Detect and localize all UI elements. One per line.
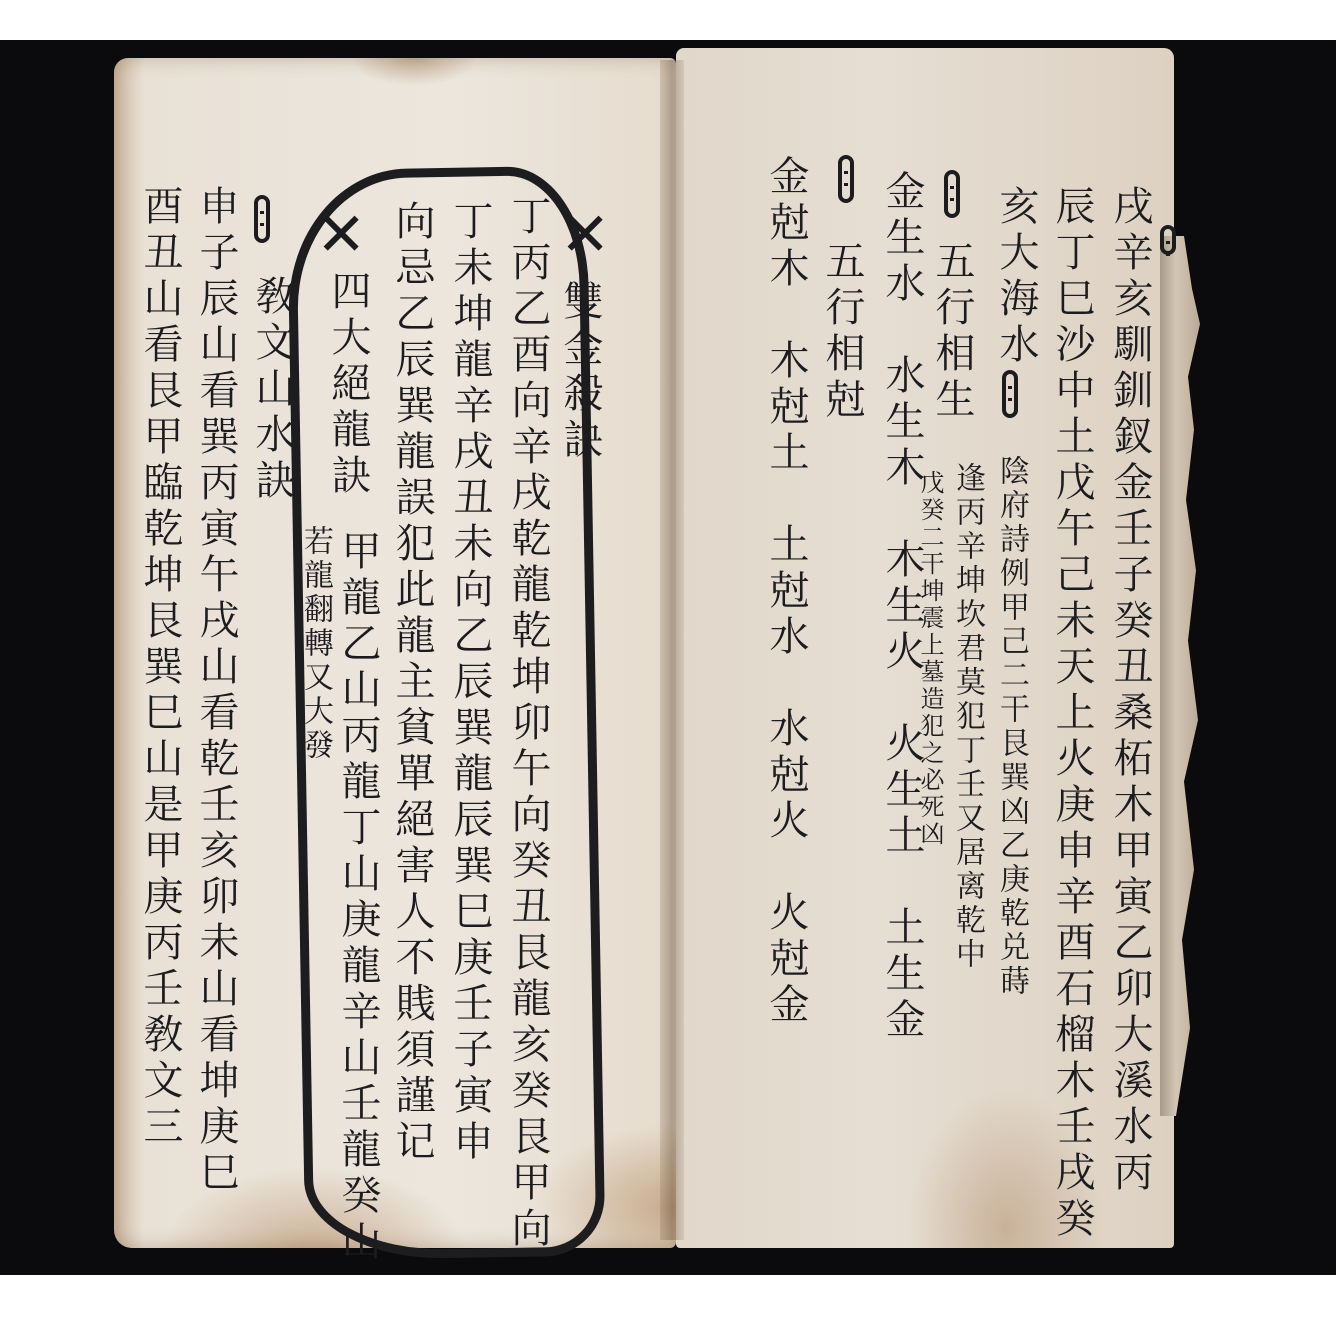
list-item: 土生金 (879, 906, 925, 1044)
text-column: 丁丙乙酉向辛戌乾龍乾坤卯午向癸丑艮龍亥癸艮甲向 (508, 195, 548, 1253)
book-gutter (660, 60, 684, 1240)
list-item: 水生木 (879, 354, 925, 492)
text-column: 辰丁巳沙中土戊午己未天上火庚申辛酉石榴木壬戌癸 (1052, 185, 1092, 1243)
list-item: 火生土 (879, 722, 925, 860)
list-item: 金尅木 (763, 155, 809, 293)
list-item: 金生水 (879, 170, 925, 308)
text-column: 逢丙辛坤坎君莫犯丁壬又居离乾中 (952, 462, 982, 972)
heading-sida-juelong: 四大絕龍訣 (328, 270, 368, 500)
text-column: 向忌乙辰巽龍誤犯此龍主貧單絕害人不賎須謹记 (392, 200, 432, 1166)
text-column: 陰府詩例甲己二干艮巽凶乙庚乾兑蒔 (996, 455, 1026, 999)
text-column: 申子辰山看巽丙寅午戌山看乾壬亥卯未山看坤庚巳 (196, 185, 236, 1197)
section-marker-icon (1002, 370, 1018, 418)
section-marker-icon (1160, 225, 1176, 255)
list-item: 木生火 (879, 538, 925, 676)
text-column: 若龍翻轉又大發 (300, 525, 330, 763)
list-item: 火尅金 (763, 891, 809, 1029)
heading-shuangjin-sha: 雙金殺訣 (560, 280, 600, 464)
list-item: 水尅火 (763, 707, 809, 845)
generate-list: 金生水 水生木 木生火 火生土 土生金 (882, 170, 922, 1044)
heading-wuxing-xiangsheng: 五行相生 (932, 240, 972, 424)
text-column: 丁未坤龍辛戌丑未向乙辰巽龍辰巽巳庚壬子寅申 (450, 200, 490, 1166)
overcome-list: 金尅木 木尅土 土尅水 水尅火 火尅金 (766, 155, 806, 1029)
section-marker-icon (254, 195, 270, 243)
heading-jiaowen-shanshui: 敎文山水訣 (252, 275, 292, 505)
cross-mark-icon: ✕ (316, 205, 366, 265)
heading-wuxing-xiangke: 五行相尅 (822, 240, 862, 424)
list-item: 土尅水 (763, 523, 809, 661)
section-marker-icon (838, 155, 854, 203)
text-column: 酉丑山看艮甲臨乾坤艮巽巳山是甲庚丙壬敎文三 (140, 185, 180, 1151)
text-column: 亥大海水 (996, 185, 1036, 369)
text-column: 甲龍乙山丙龍丁山庚龍辛山壬龍癸山 (338, 530, 378, 1266)
text-column: 戌辛亥馴釧釵金壬子癸丑桑柘木甲寅乙卯大溪水丙 (1110, 185, 1150, 1197)
cross-mark-icon: ✕ (560, 205, 610, 265)
list-item: 木尅土 (763, 339, 809, 477)
section-marker-icon (944, 170, 960, 218)
